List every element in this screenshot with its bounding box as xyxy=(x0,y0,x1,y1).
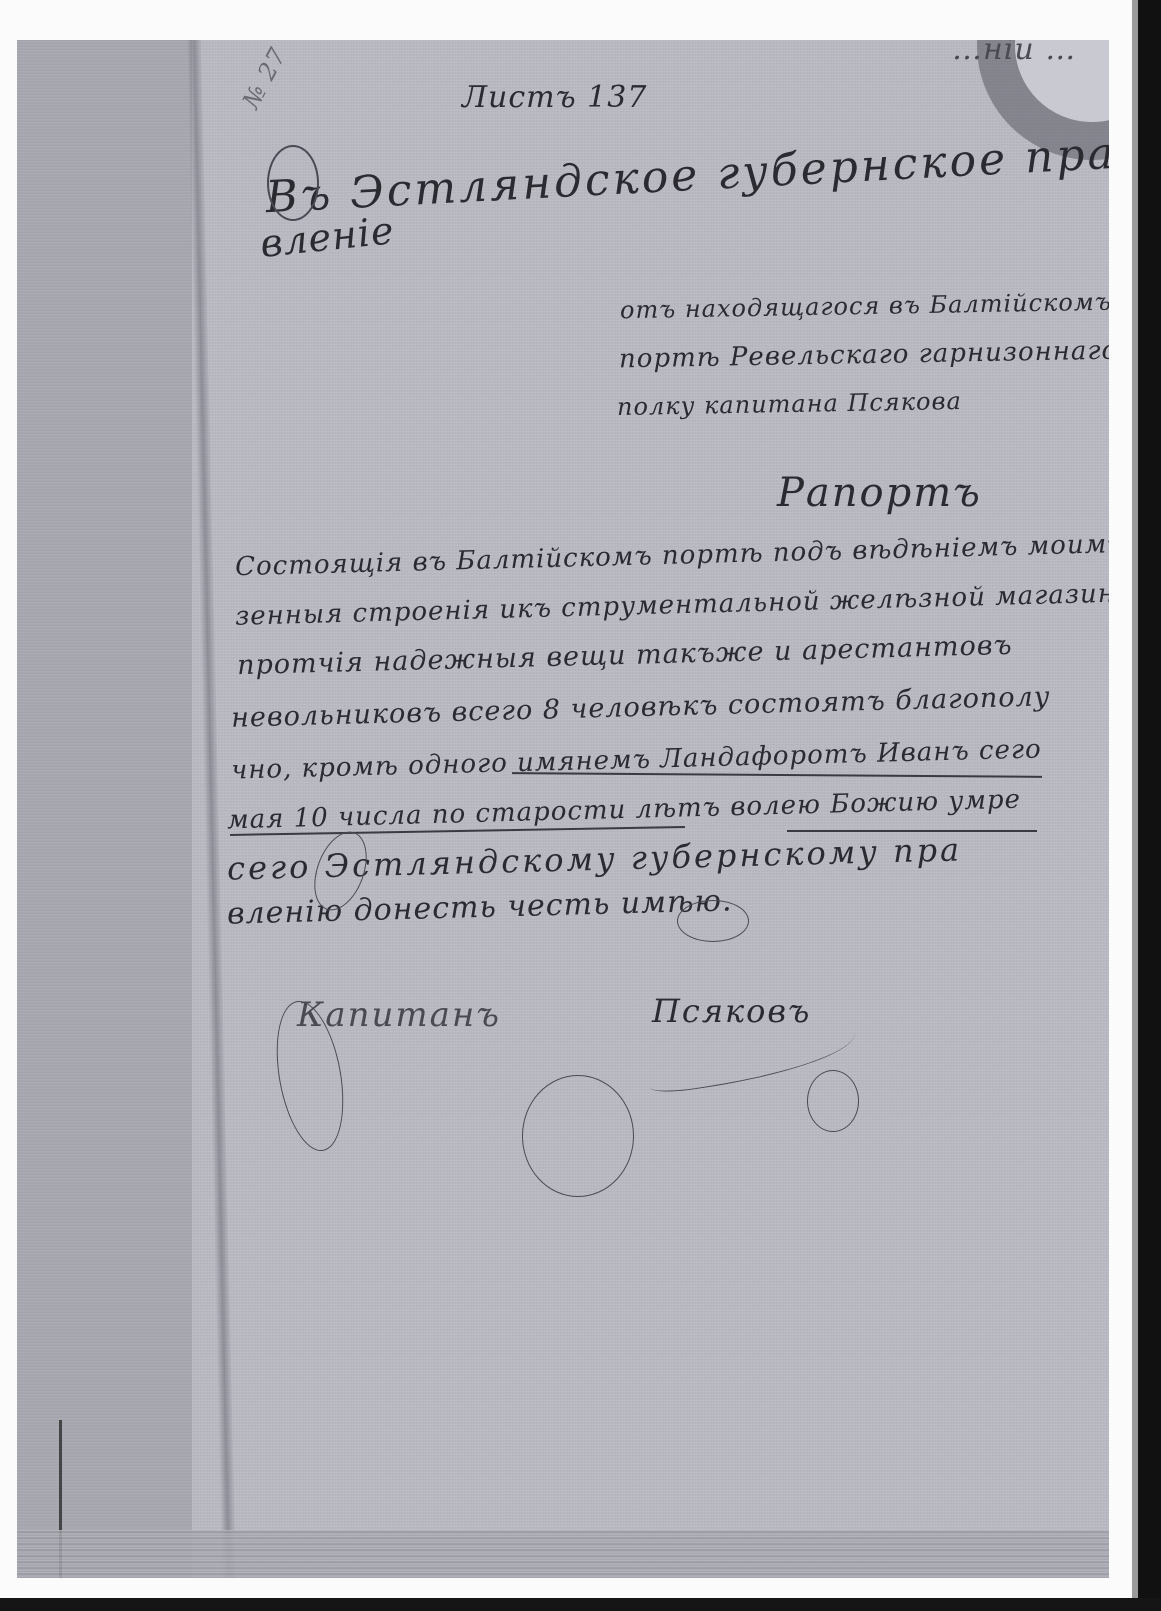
copy-noise-band xyxy=(17,1530,1109,1578)
sheet-number: Лиcтъ 137 xyxy=(462,80,647,115)
sender-line-1: отъ находящагося въ Балтійскомъ xyxy=(620,288,1109,325)
scanned-document: …ніи … № 27 Лиcтъ 137 Въ Эстляндское губ… xyxy=(0,0,1161,1611)
body-line-5: чно, кромѣ одного имянемъ Ландафоротъ Ив… xyxy=(231,734,1042,785)
signature-flourish-icon xyxy=(807,1070,859,1132)
top-edge-fragment: …ніи … xyxy=(952,40,1076,67)
margin-note: № 27 xyxy=(237,43,292,113)
body-line-1: Состоящія въ Балтійскомъ портѣ подъ вѣдѣ… xyxy=(235,528,1109,582)
initial-flourish-icon xyxy=(267,145,319,221)
document-title: Рапортъ xyxy=(777,470,982,516)
loop-flourish-icon xyxy=(677,900,749,942)
underline-3 xyxy=(787,830,1037,832)
scanner-edge-bottom xyxy=(0,1598,1161,1611)
sender-line-3: полку капитана Псякова xyxy=(617,387,962,421)
binding-strip xyxy=(17,40,192,1578)
body-line-8: вленію донесть честь имѣю. xyxy=(227,883,733,931)
body-line-4: невольниковъ всего 8 человѣкъ состоятъ б… xyxy=(231,681,1051,733)
body-line-2: зенныя строенія икъ струментальной желѣз… xyxy=(235,578,1109,632)
sender-line-2: портѣ Ревельскаго гарнизоннаго xyxy=(619,336,1109,375)
signature-name: Псяковъ xyxy=(652,992,811,1030)
signature-flourish-icon xyxy=(522,1075,634,1197)
document-page: …ніи … № 27 Лиcтъ 137 Въ Эстляндское губ… xyxy=(17,40,1109,1578)
scanner-edge-right xyxy=(1138,0,1161,1611)
body-line-3: протчія надежныя вещи такъже и арестанто… xyxy=(237,630,1013,681)
